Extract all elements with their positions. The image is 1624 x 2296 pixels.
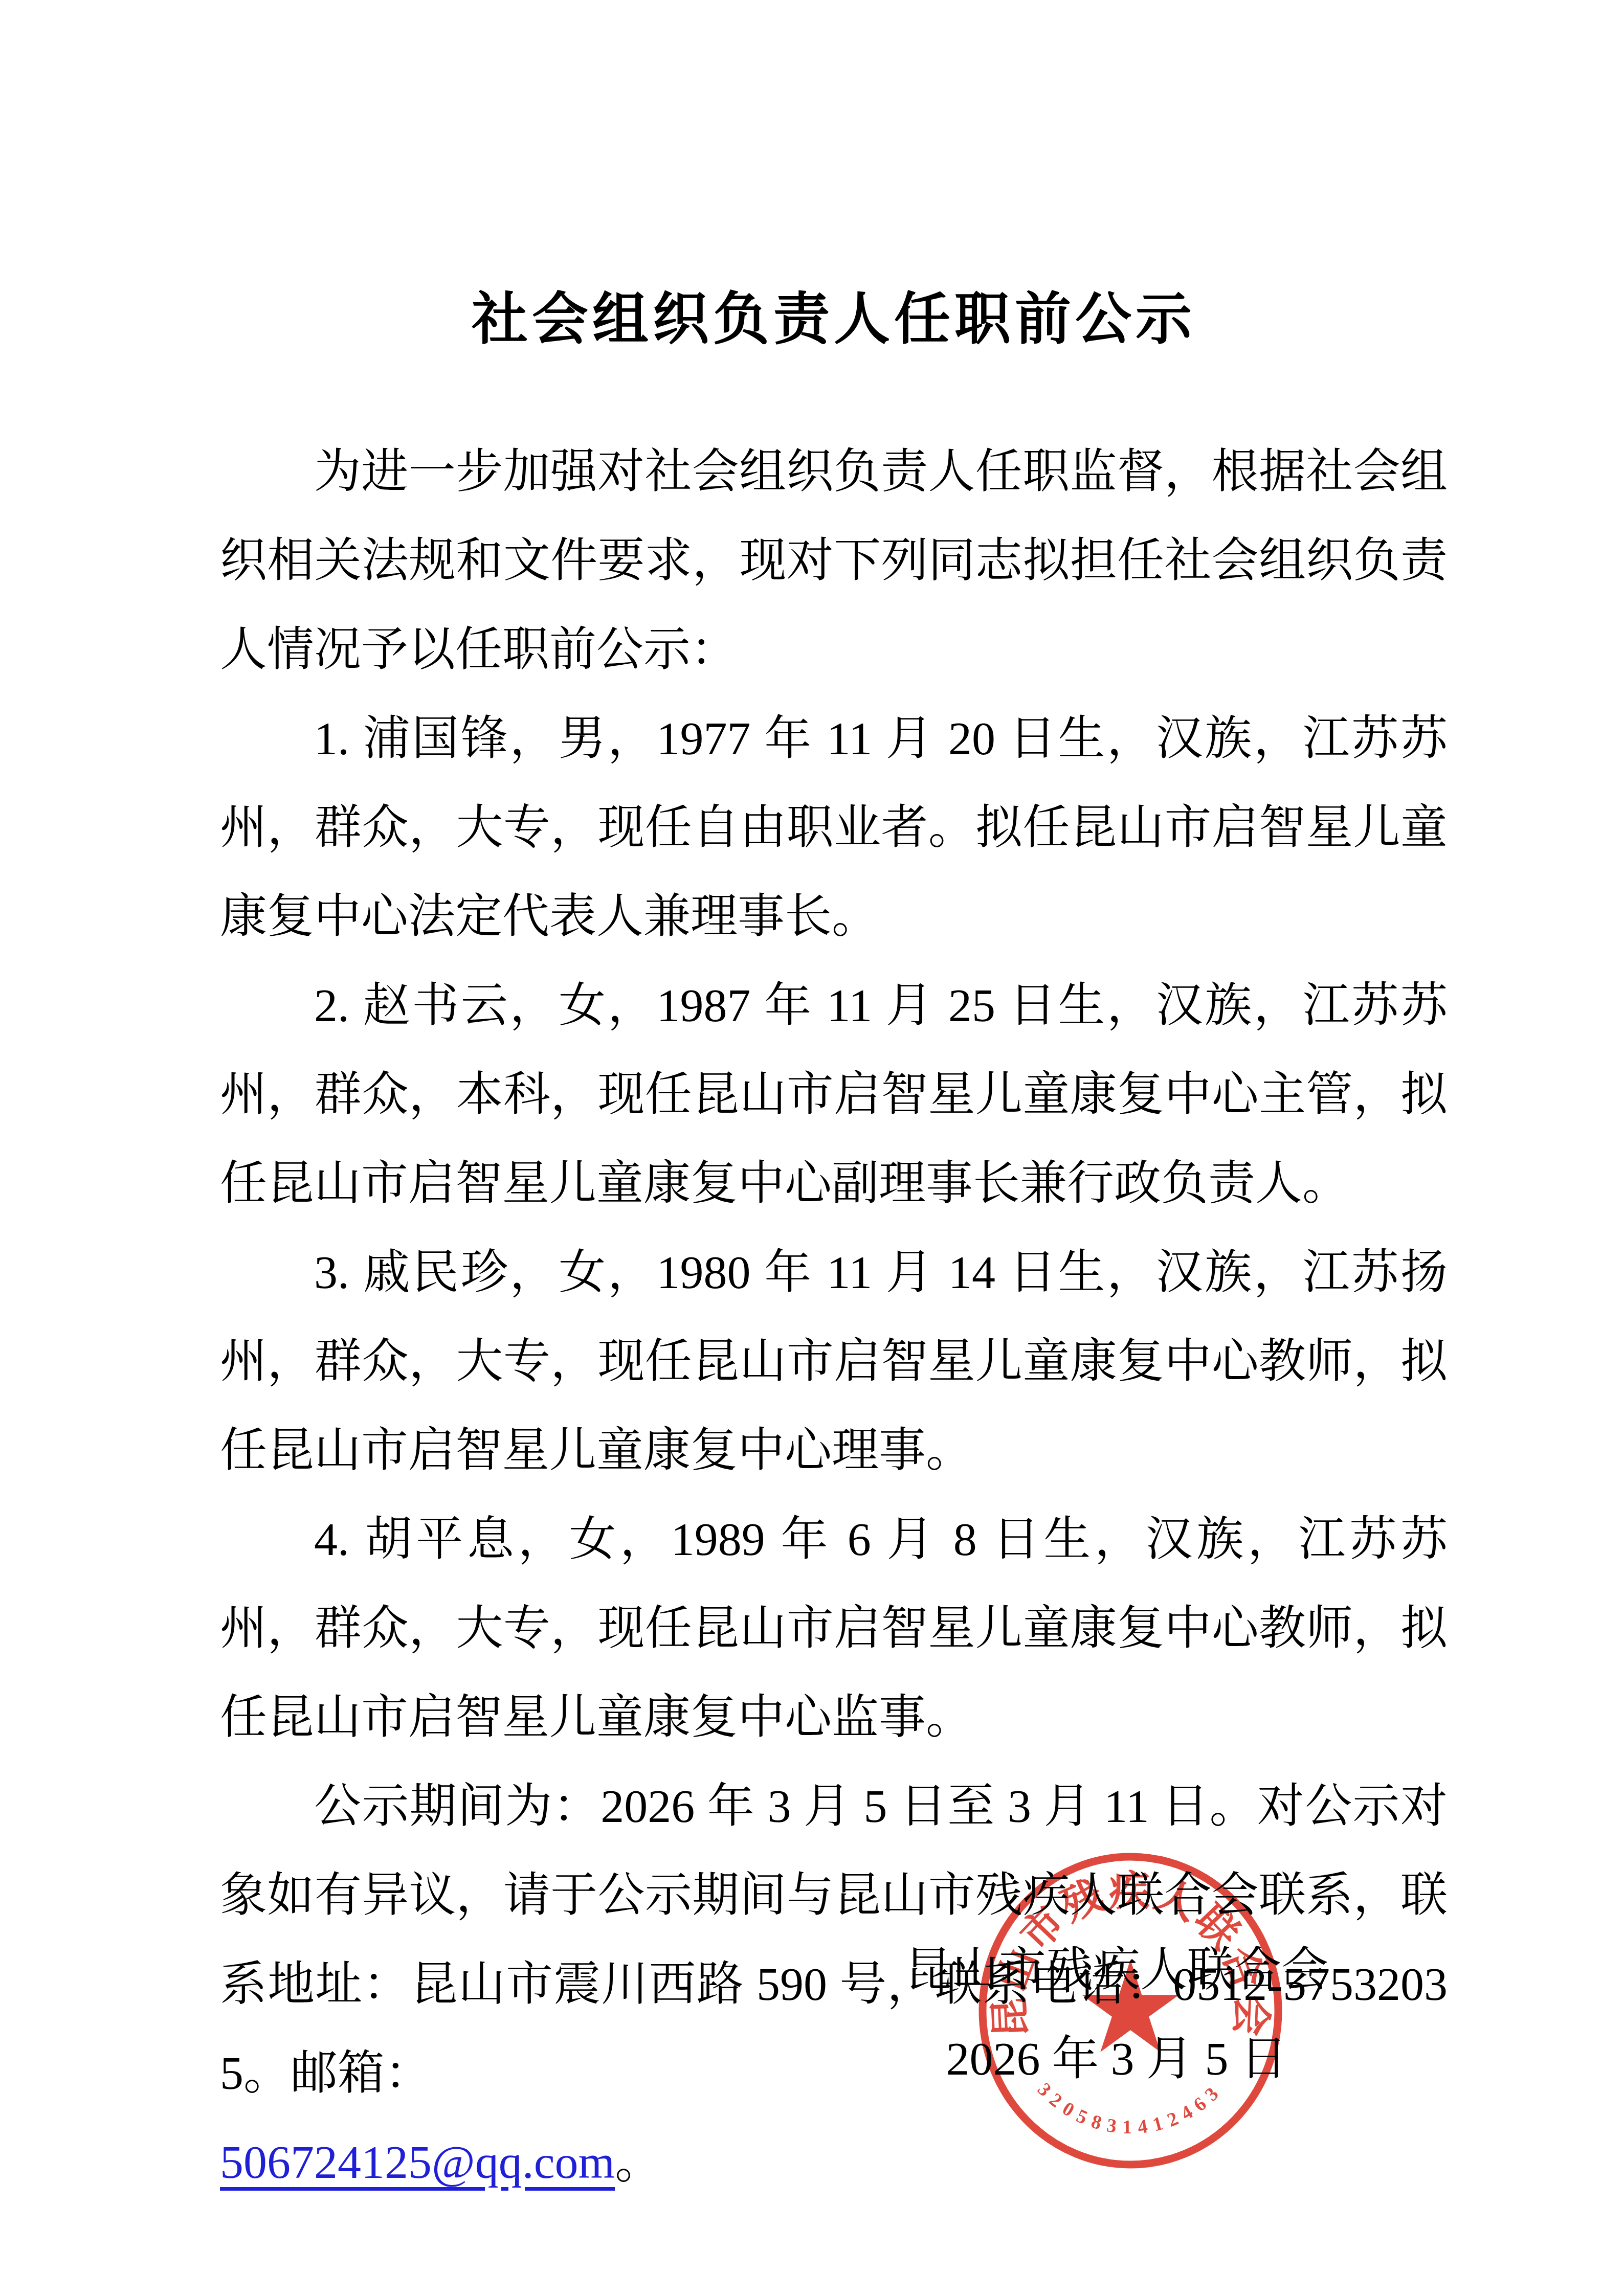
paragraph-person-2: 2. 赵书云，女，1987 年 11 月 25 日生，汉族，江苏苏州，群众，本科… bbox=[220, 961, 1448, 1228]
document-page: 社会组织负责人任职前公示 为进一步加强对社会组织负责人任职监督，根据社会组织相关… bbox=[0, 0, 1624, 2296]
seal-serial: 3205831412463 bbox=[1033, 2079, 1228, 2138]
email-link[interactable]: 506724125@qq.com bbox=[220, 2136, 615, 2188]
paragraph-intro: 为进一步加强对社会组织负责人任职监督，根据社会组织相关法规和文件要求，现对下列同… bbox=[220, 427, 1448, 694]
paragraph-person-4: 4. 胡平息，女，1989 年 6 月 8 日生，汉族，江苏苏州，群众，大专，现… bbox=[220, 1495, 1448, 1762]
official-seal-stamp: 昆山市残疾人联合会 3205831412463 bbox=[974, 1849, 1286, 2173]
paragraph-person-3: 3. 戚民珍，女，1980 年 11 月 14 日生，汉族，江苏扬州，群众，大专… bbox=[220, 1228, 1448, 1495]
seal-star-icon bbox=[1082, 1960, 1179, 2052]
email-suffix: 。 bbox=[615, 2136, 662, 2188]
page-title: 社会组织负责人任职前公示 bbox=[220, 279, 1448, 361]
svg-text:3205831412463: 3205831412463 bbox=[1033, 2079, 1228, 2138]
paragraph-person-1: 1. 浦国锋，男，1977 年 11 月 20 日生，汉族，江苏苏州，群众，大专… bbox=[220, 694, 1448, 961]
